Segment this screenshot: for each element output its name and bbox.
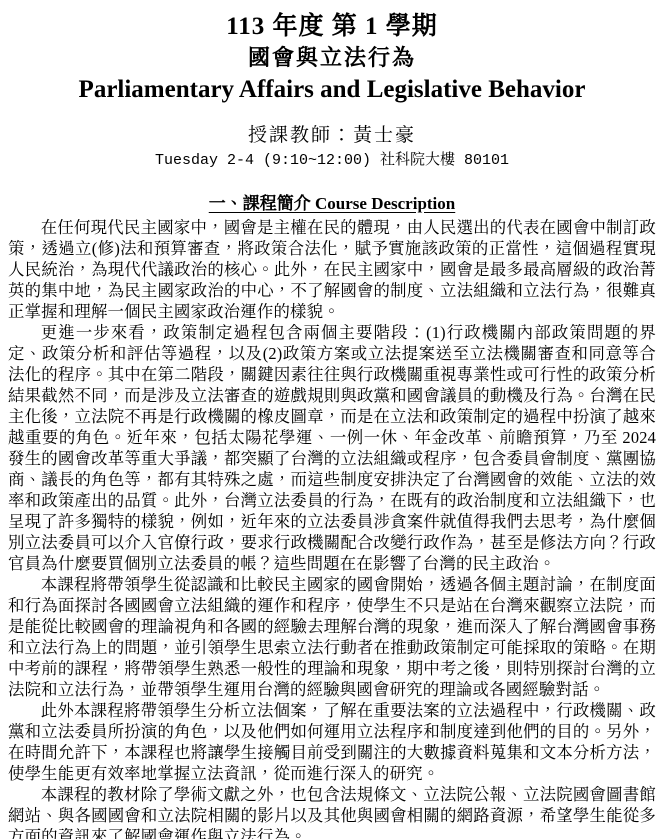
course-description-paragraph-5: 本課程的教材除了學術文獻之外，也包含法規條文、立法院公報、立法院國會圖書館網站、…	[8, 784, 656, 839]
schedule-line: Tuesday 2-4 (9:10~12:00) 社科院大樓 80101	[8, 151, 656, 171]
course-description-body: 在任何現代民主國家中，國會是主權在民的體現，由人民選出的代表在國會中制訂政策，透…	[8, 217, 656, 839]
section-heading-course-description: 一、課程簡介 Course Description	[8, 192, 656, 215]
course-description-paragraph-3: 本課程將帶領學生從認識和比較民主國家的國會開始，透過各個主題討論，在制度面和行為…	[8, 574, 656, 700]
course-description-paragraph-1: 在任何現代民主國家中，國會是主權在民的體現，由人民選出的代表在國會中制訂政策，透…	[8, 217, 656, 322]
course-description-paragraph-2: 更進一步來看，政策制定過程包含兩個主要階段：(1)行政機關內部政策問題的界定、政…	[8, 322, 656, 574]
course-title-en: Parliamentary Affairs and Legislative Be…	[8, 73, 656, 106]
semester-title: 113 年度 第 1 學期	[8, 10, 656, 43]
course-description-paragraph-4: 此外本課程將帶領學生分析立法個案，了解在重要法案的立法過程中，行政機關、政黨和立…	[8, 700, 656, 784]
instructor-line: 授課教師：黃士豪	[8, 123, 656, 148]
syllabus-page: 113 年度 第 1 學期 國會與立法行為 Parliamentary Affa…	[0, 0, 664, 839]
course-title-zh: 國會與立法行為	[8, 43, 656, 73]
